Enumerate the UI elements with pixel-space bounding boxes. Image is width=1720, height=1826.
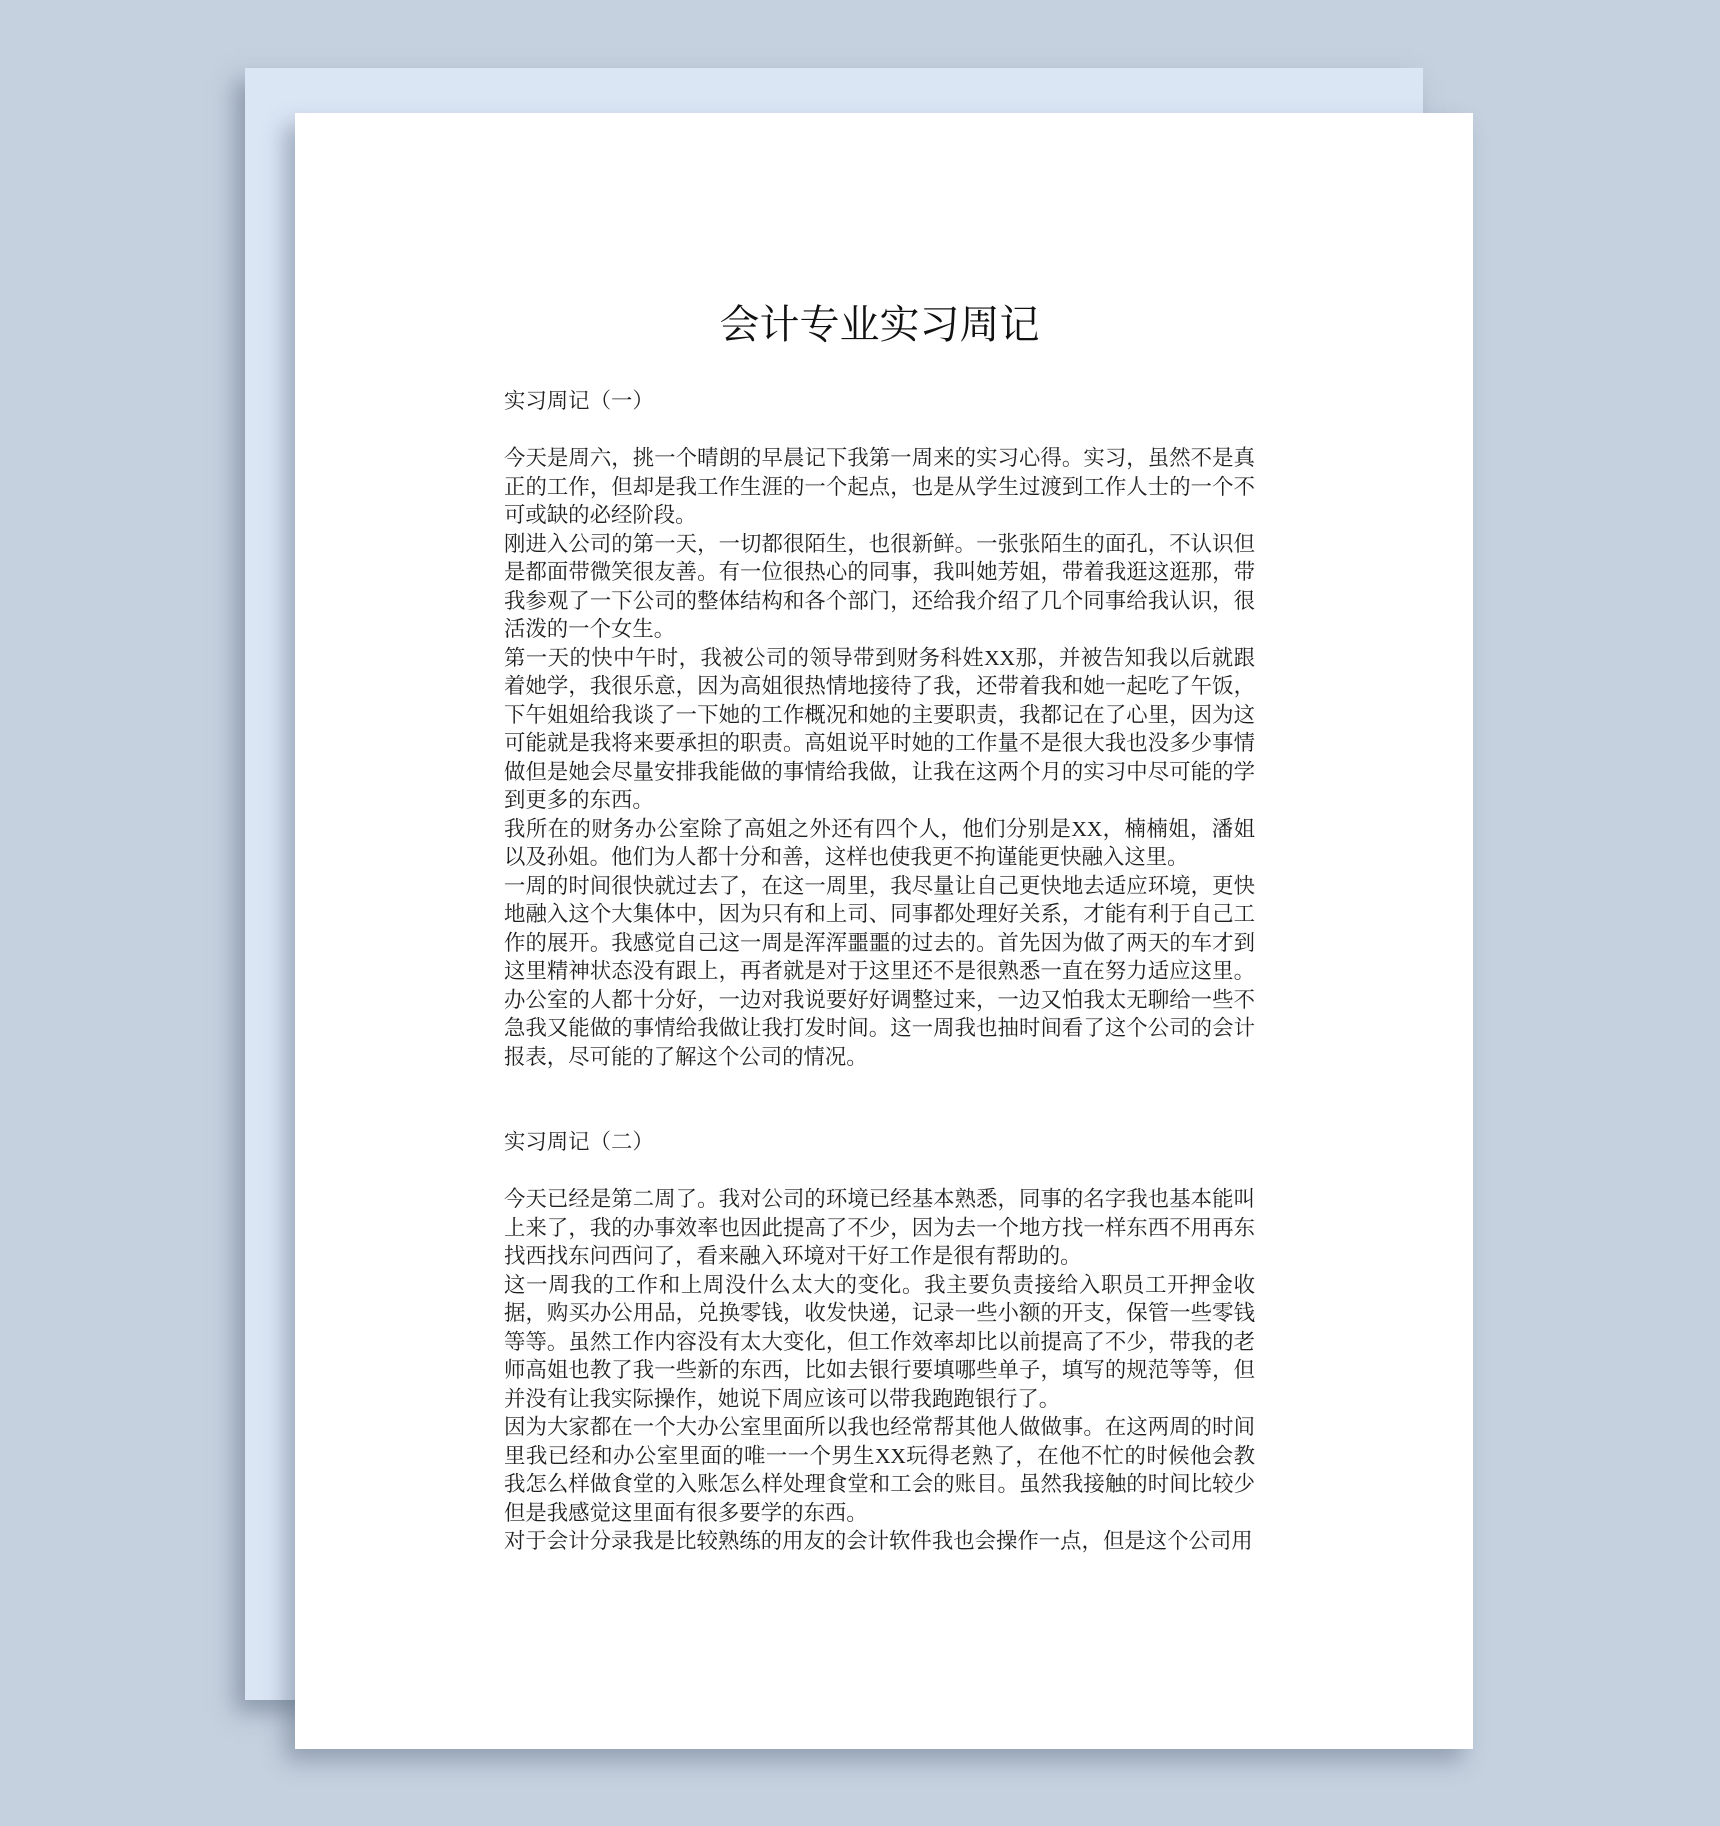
section-2-paragraph-1: 今天已经是第二周了。我对公司的环境已经基本熟悉，同事的名字我也基本能叫上来了，我… — [504, 1185, 1255, 1271]
section-1-paragraph-4: 我所在的财务办公室除了高姐之外还有四个人，他们分别是XX，楠楠姐，潘姐以及孙姐。… — [504, 815, 1255, 872]
document-preview-canvas: 会计专业实习周记 实习周记（一） 今天是周六，挑一个晴朗的早晨记下我第一周来的实… — [0, 0, 1720, 1826]
document-page: 会计专业实习周记 实习周记（一） 今天是周六，挑一个晴朗的早晨记下我第一周来的实… — [295, 113, 1473, 1749]
section-1-heading: 实习周记（一） — [504, 387, 1255, 416]
section-2-paragraph-4: 对于会计分录我是比较熟练的用友的会计软件我也会操作一点，但是这个公司用 — [504, 1527, 1255, 1556]
section-2-paragraph-2: 这一周我的工作和上周没什么太大的变化。我主要负责接给入职员工开押金收据，购买办公… — [504, 1271, 1255, 1414]
section-2-paragraph-3: 因为大家都在一个大办公室里面所以我也经常帮其他人做做事。在这两周的时间里我已经和… — [504, 1413, 1255, 1527]
blank-line — [504, 1157, 1255, 1186]
section-1-paragraph-3: 第一天的快中午时，我被公司的领导带到财务科姓XX那，并被告知我以后就跟着她学，我… — [504, 644, 1255, 815]
section-2-heading: 实习周记（二） — [504, 1128, 1255, 1157]
document-title: 会计专业实习周记 — [504, 301, 1255, 349]
blank-line — [504, 416, 1255, 445]
section-1-paragraph-1: 今天是周六，挑一个晴朗的早晨记下我第一周来的实习心得。实习，虽然不是真正的工作，… — [504, 444, 1255, 530]
section-1-paragraph-5: 一周的时间很快就过去了，在这一周里，我尽量让自己更快地去适应环境，更快地融入这个… — [504, 872, 1255, 1072]
blank-line — [504, 1100, 1255, 1129]
blank-line — [504, 1071, 1255, 1100]
section-1-paragraph-2: 刚进入公司的第一天，一切都很陌生，也很新鲜。一张张陌生的面孔，不认识但是都面带微… — [504, 530, 1255, 644]
